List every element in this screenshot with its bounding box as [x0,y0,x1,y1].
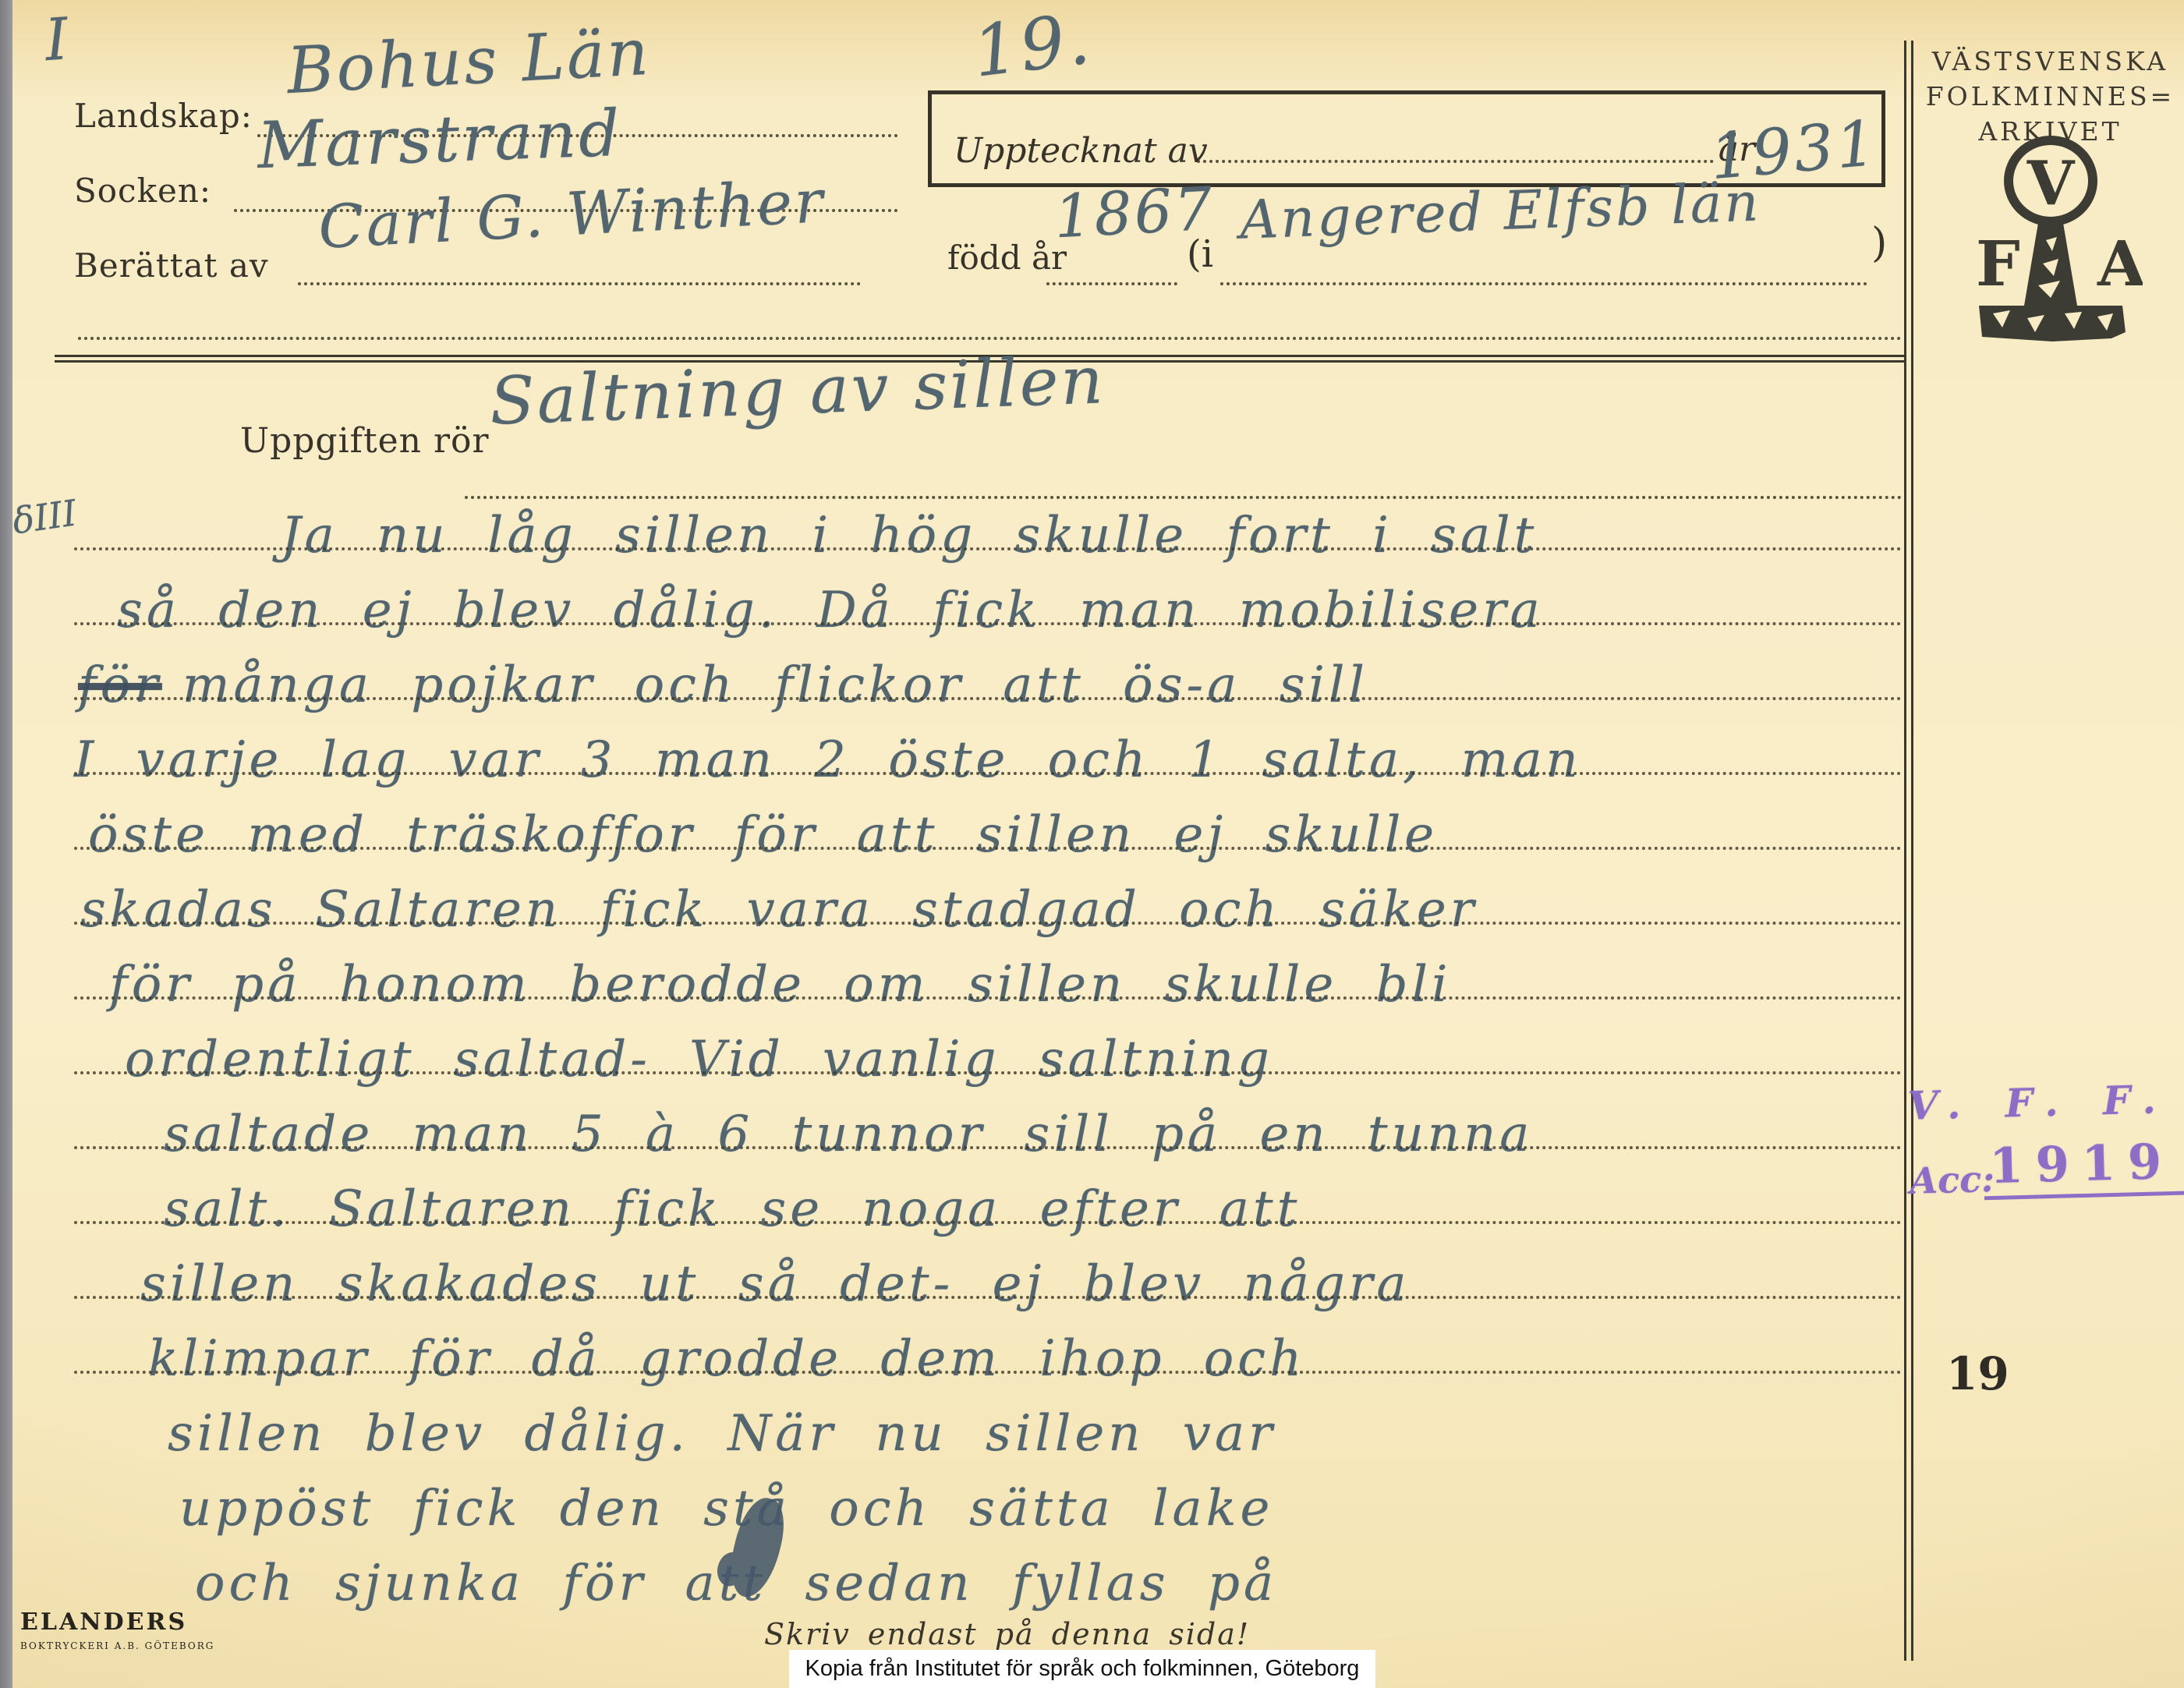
handwritten-line-text: för på honom berodde om sillen skulle bl… [109,956,1451,1014]
copy-notice-text: Kopia från Institutet för språk och folk… [805,1656,1360,1682]
body-line: I varje lag var 3 man 2 öste och 1 salta… [74,706,1903,781]
handwritten-line-text: sillen blev dålig. När nu sillen var [168,1405,1276,1463]
handwritten-line-text: salt. Saltaren fick se noga efter att [164,1180,1301,1238]
field-label-landskap: Landskap: [74,97,253,135]
body-line: uppöst fick den stå och sätta lake [74,1455,1903,1530]
logo-letter-v: V [2026,148,2076,219]
body-line: för på honom berodde om sillen skulle bl… [74,931,1903,1006]
printed-page-number: 19 [1946,1347,2009,1400]
margin-mark: δIII [10,492,80,543]
handwritten-page-number: 19. [968,0,1096,94]
handwritten-line-text: så den ej blev dålig. Då fick man mobili… [117,582,1544,639]
logo-letter-a: A [2097,227,2143,300]
copy-notice-bar: Kopia från Institutet för språk och folk… [789,1650,1375,1688]
born-place-close-paren: ) [1871,220,1887,267]
handwritten-line-text: uppöst fick den stå och sätta lake [179,1480,1273,1538]
dotted-line [78,337,1903,340]
archive-title-line: VÄSTSVENSKA [1917,44,2184,79]
body-line: skadas Saltaren fick vara stadgad och sä… [74,856,1903,931]
corner-mark: I [43,5,73,74]
handwritten-line-text: många pojkar och flickor att ös-a sill [182,656,1368,714]
scanned-archive-card: I Landskap: Bohus Län Socken: Marstrand … [0,0,2184,1688]
dotted-line [1197,160,1714,163]
double-vertical-rule [1904,41,1913,1661]
stamp-acc-number: 1919 [1983,1132,2184,1200]
body-line: öste med träskoffor för att sillen ej sk… [74,781,1903,856]
footer-instruction: Skriv endast på denna sida! [764,1617,1250,1651]
body-line: klimpar för då grodde dem ihop och [74,1305,1903,1380]
body-line: så den ej blev dålig. Då fick man mobili… [74,557,1903,632]
field-value-socken: Marstrand [256,97,623,183]
born-place-open-paren: (i [1187,232,1213,276]
body-line: sillen blev dålig. När nu sillen var [74,1380,1903,1455]
body-line: salt. Saltaren fick se noga efter att [74,1155,1903,1230]
handwritten-line-text: saltade man 5 à 6 tunnor sill på en tunn… [164,1106,1533,1163]
handwritten-line-text: ordentligt saltad- Vid vanlig saltning [125,1031,1273,1088]
handwritten-line-text: öste med träskoffor för att sillen ej sk… [88,806,1438,864]
handwritten-line-text: sillen skakades ut så det- ej blev några [140,1255,1411,1313]
printer-mark: ELANDERS BOKTRYCKERI A.B. GÖTEBORG [20,1611,214,1658]
stamp-acc-label: Acc: [1910,1158,1995,1202]
printer-name: ELANDERS [20,1611,214,1634]
dotted-line [1046,282,1177,285]
scanner-edge [0,0,12,1688]
body-line: och sjunka för att sedan fyllas på [74,1530,1903,1605]
born-label: född år [947,239,1067,277]
field-label-berattat-av: Berättat av [74,246,269,285]
logo-letter-f: F [1976,227,2020,300]
body-line: sillen skakades ut så det- ej blev några [74,1230,1903,1305]
handwritten-line-text: klimpar för då grodde dem ihop och [148,1330,1305,1388]
dotted-line [298,282,861,285]
body-line: saltade man 5 à 6 tunnor sill på en tunn… [74,1081,1903,1155]
dotted-line [1220,282,1867,285]
printer-subtitle: BOKTRYCKERI A.B. GÖTEBORG [20,1634,214,1658]
body-line: ordentligt saltad- Vid vanlig saltning [74,1006,1903,1081]
record-box-label: Upptecknat av [954,131,1208,171]
body-lines: Ja nu låg sillen i hög skulle fort i sal… [74,482,1903,1605]
stamp-archive-initials: V. F. F. [1907,1075,2184,1129]
struck-word: för [78,656,162,714]
handwritten-line-text: Ja nu låg sillen i hög skulle fort i sal… [281,507,1538,564]
thors-hammer-logo: V F A [1959,133,2143,390]
field-label-socken: Socken: [74,172,211,210]
handwritten-line-text: I varje lag var 3 man 2 öste och 1 salta… [74,731,1582,789]
archive-title-line: FOLKMINNES= [1917,79,2184,114]
handwritten-line-text: skadas Saltaren fick vara stadgad och sä… [80,881,1478,939]
subject-label: Uppgiften rör [240,421,490,461]
accession-stamp: V. F. F. Acc: 1919 [1907,1075,2184,1202]
body-line: förmånga pojkar och flickor att ös-a sil… [74,632,1903,706]
body-line: Ja nu låg sillen i hög skulle fort i sal… [74,482,1903,557]
